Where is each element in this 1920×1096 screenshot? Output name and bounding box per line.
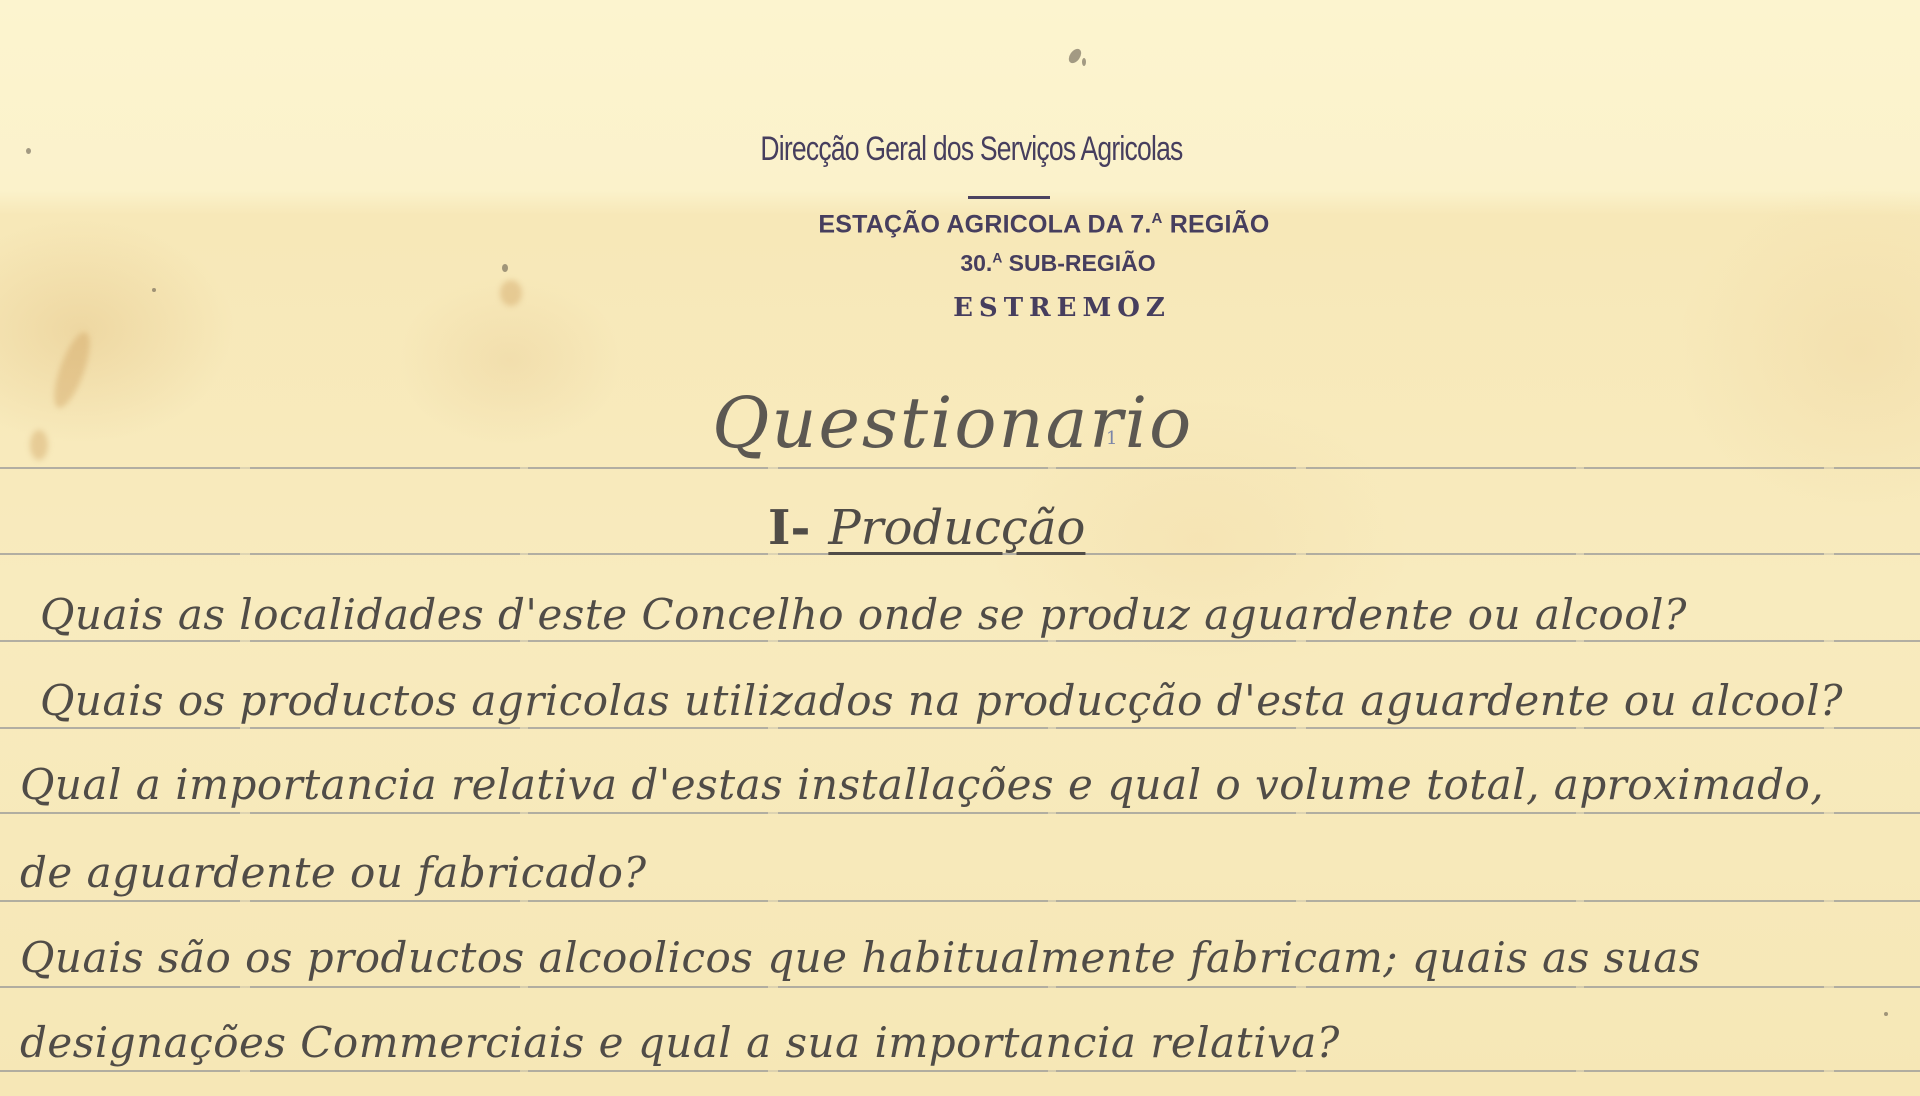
ink-speck [26, 148, 31, 154]
ink-speck [1082, 58, 1086, 66]
ink-speck [152, 288, 156, 292]
section-heading: I-Producção [768, 500, 1085, 556]
letterhead-directorate: Direcção Geral dos Serviços Agricolas [223, 130, 1721, 169]
ruled-line [0, 986, 1920, 988]
subregion-text: SUB-REGIÃO [1002, 250, 1155, 276]
ruled-line [0, 812, 1920, 814]
section-title: Producção [828, 500, 1085, 556]
question-2: Quais os productos agricolas utilizados … [40, 676, 1843, 725]
subregion-number: 30. [960, 250, 992, 276]
letterhead-station: ESTAÇÃO AGRICOLA DA 7.A REGIÃO [84, 210, 1920, 239]
station-text: ESTAÇÃO AGRICOLA DA 7. [818, 210, 1151, 238]
title-page-mark: 1 [1106, 428, 1117, 449]
subregion-ordinal: A [992, 250, 1002, 265]
document-title: Questionario [712, 382, 1193, 464]
question-3-line-2: de aguardente ou fabricado? [20, 848, 646, 897]
ruled-line [0, 727, 1920, 729]
paper-stain [30, 430, 48, 460]
letterhead-separator [968, 196, 1050, 199]
letterhead-subregion: 30.A SUB-REGIÃO [98, 250, 1920, 277]
ruled-line [0, 900, 1920, 902]
paper-stain [47, 328, 97, 411]
station-ordinal: A [1152, 210, 1163, 227]
ruled-line [0, 640, 1920, 642]
question-4-line-1: Quais são os productos alcoolicos que ha… [20, 933, 1701, 982]
question-4-line-2: designações Commerciais e qual a sua imp… [20, 1018, 1340, 1067]
ink-speck [1884, 1012, 1888, 1016]
document-page: Direcção Geral dos Serviços Agricolas ES… [0, 0, 1920, 1096]
section-number: I- [768, 500, 810, 556]
question-3-line-1: Qual a importancia relativa d'estas inst… [20, 760, 1824, 809]
question-1: Quais as localidades d'este Concelho ond… [40, 590, 1687, 639]
ruled-line [0, 467, 1920, 469]
letterhead-town: ESTREMOZ [102, 293, 1920, 323]
ruled-line [0, 1070, 1920, 1072]
station-region: REGIÃO [1163, 210, 1270, 238]
